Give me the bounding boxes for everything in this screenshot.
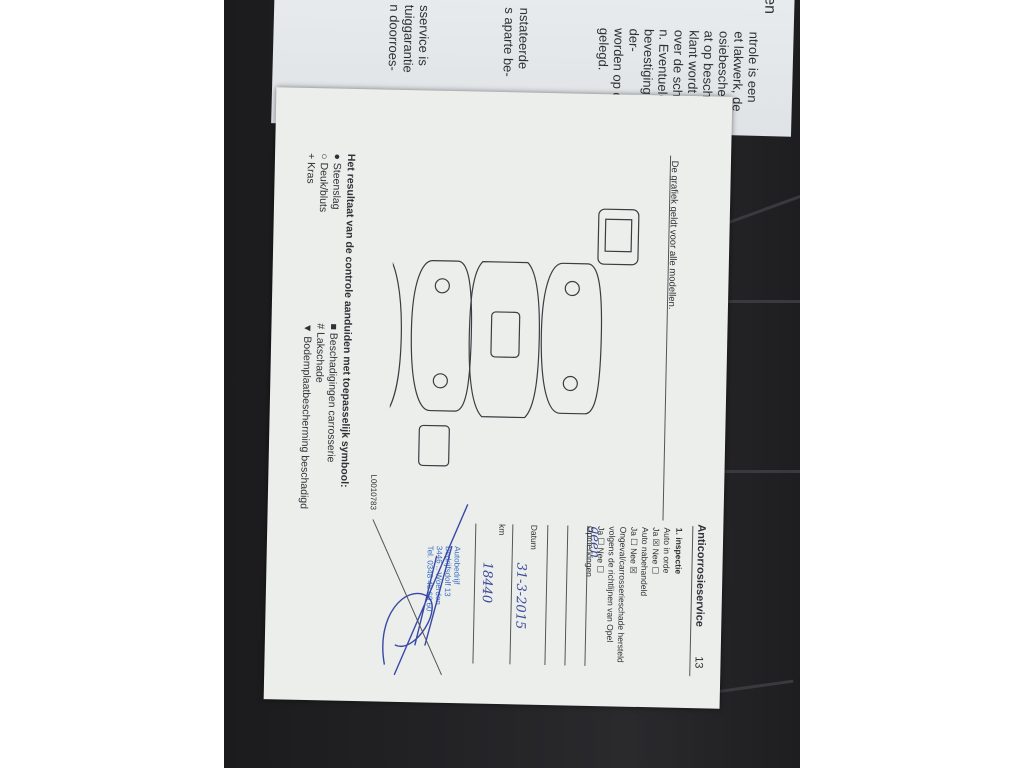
checklist-item-label: Ongeval/carrosserieschade hersteld volge… (603, 526, 628, 666)
remarks-line-3 (544, 525, 548, 665)
legend-item: ○ Deuk/bluts (317, 153, 330, 212)
photo-background: en ntrole is een et lakwerk, de osiebesc… (224, 0, 800, 768)
km-value: 18440 (479, 562, 495, 604)
car-body-diagram-icon (388, 200, 644, 475)
note-rule (662, 156, 671, 521)
page-number: 13 (692, 656, 704, 668)
upper-heading: en (762, 0, 777, 14)
page-title: Anticorrosieservice (693, 524, 707, 627)
remarks-line-2 (564, 525, 568, 665)
legend-item: + Kras (304, 153, 317, 184)
booklet-page: Anticorrosieservice 13 De grafiek geldt … (264, 87, 733, 708)
km-label: km (496, 524, 507, 536)
legend-item: ▼ Bodemplaatbescherming beschadigd (298, 323, 314, 509)
legend-item: # Lakschade (313, 323, 326, 383)
upper-left-column-top: nstateerde s aparte be- (500, 7, 532, 77)
legend-item: ■ Beschadigingen carrosserie (325, 323, 340, 462)
checklist-item-options[interactable]: Ja ☐ Nee ☐ (594, 526, 606, 573)
checklist-item-options[interactable]: Ja ☐ Nee ☒ (627, 527, 639, 574)
signature (374, 495, 478, 697)
date-label: Datum (528, 525, 540, 550)
legend-item: ● Steenslag (330, 153, 343, 209)
checklist-item-options[interactable]: Ja ☒ Nee ☐ (649, 527, 661, 574)
title-rule (689, 526, 693, 676)
remarks-label: Opmerkingen (583, 526, 595, 577)
diagram-code: L0010783 (369, 474, 379, 510)
upper-left-column-bottom: sservice is tuiggarantie n doorroes- (386, 4, 433, 73)
checklist-heading: 1. inspectie (672, 528, 684, 575)
date-value: 31-3-2015 (512, 562, 528, 629)
